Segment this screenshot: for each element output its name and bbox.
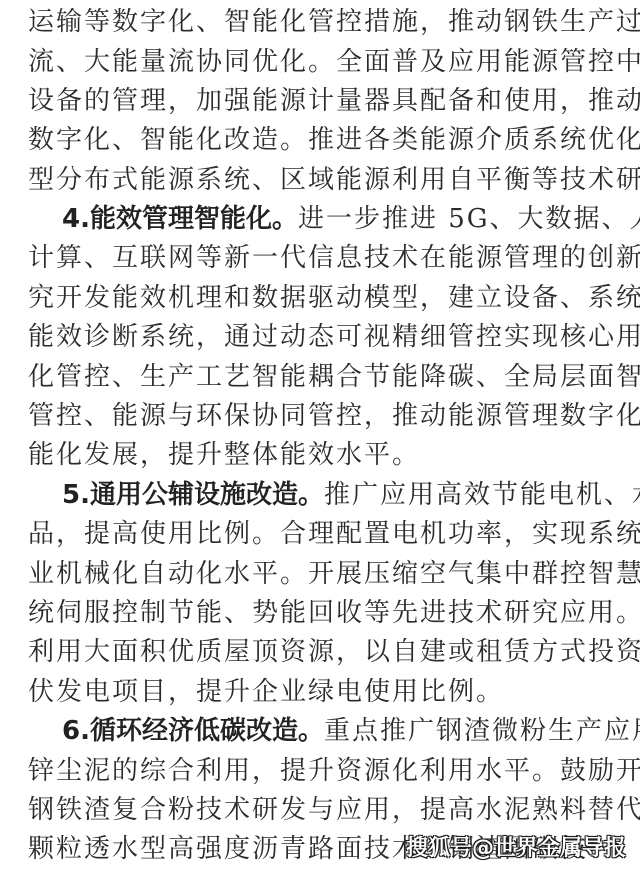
source-watermark: 搜狐号@世界金属导报	[406, 834, 626, 864]
text-line: 品，提高使用比例。合理配置电机功率，实现系统节电。提升企	[28, 518, 612, 550]
text-line: 能效诊断系统，通过动态可视精细管控实现核心用能设备的智能	[28, 321, 612, 353]
text-line: 计算、互联网等新一代信息技术在能源管理的创新应用，鼓励研	[28, 242, 612, 274]
section-heading-6: 6.循环经济低碳改造。	[62, 716, 324, 746]
section-4-first-line: 4.能效管理智能化。进一步推进 5G、大数据、人工智能、云	[62, 203, 612, 235]
text-line: 运输等数字化、智能化管控措施，推动钢铁生产过程的大物质	[28, 6, 612, 38]
section-heading-4: 4.能效管理智能化。	[62, 204, 298, 234]
section-5-first-line: 5.通用公辅设施改造。推广应用高效节能电机、水泵、风机产	[62, 479, 612, 511]
document-page: 运输等数字化、智能化管控措施，推动钢铁生产过程的大物质 流、大能量流协同优化。全…	[0, 0, 640, 871]
section-heading-5: 5.通用公辅设施改造。	[62, 480, 324, 510]
text-line: 型分布式能源系统、区域能源利用自平衡等技术研究应用。	[28, 164, 612, 196]
text-line: 化管控、生产工艺智能耦合节能降碳、全局层面智能调度优化及	[28, 361, 612, 393]
text-line: 业机械化自动化水平。开展压缩空气集中群控智慧节能、液压系	[28, 558, 612, 590]
text-line: 设备的管理，加强能源计量器具配备和使用，推动企业能源管理	[28, 85, 612, 117]
text-line: 能化发展，提升整体能效水平。	[28, 439, 612, 471]
text-line: 管控、能源与环保协同管控，推动能源管理数字化、网络化、智	[28, 400, 612, 432]
text-run: 重点推广钢渣微粉生产应用以及含铁含	[324, 716, 640, 746]
text-line: 钢铁渣复合粉技术研发与应用，提高水泥熟料替代率，加大钢渣	[28, 794, 612, 826]
section-6-first-line: 6.循环经济低碳改造。重点推广钢渣微粉生产应用以及含铁含	[62, 715, 612, 747]
text-run: 推广应用高效节能电机、水泵、风机产	[324, 480, 640, 510]
text-line: 统伺服控制节能、势能回收等先进技术研究应用。鼓励企业充分	[28, 597, 612, 629]
text-line: 流、大能量流协同优化。全面普及应用能源管控中心，强化能源	[28, 46, 612, 78]
text-run: 进一步推进 5G、大数据、人工智能、云	[298, 204, 640, 234]
text-line: 究开发能效机理和数据驱动模型，建立设备、系统、工厂三层级	[28, 282, 612, 314]
text-line: 利用大面积优质屋顶资源，以自建或租赁方式投资建设分布式光	[28, 636, 612, 668]
text-line: 伏发电项目，提升企业绿电使用比例。	[28, 676, 612, 708]
text-line: 锌尘泥的综合利用，提升资源化利用水平。鼓励开展钢渣微粉、	[28, 755, 612, 787]
text-line: 数字化、智能化改造。推进各类能源介质系统优化、多流耦合微	[28, 124, 612, 156]
